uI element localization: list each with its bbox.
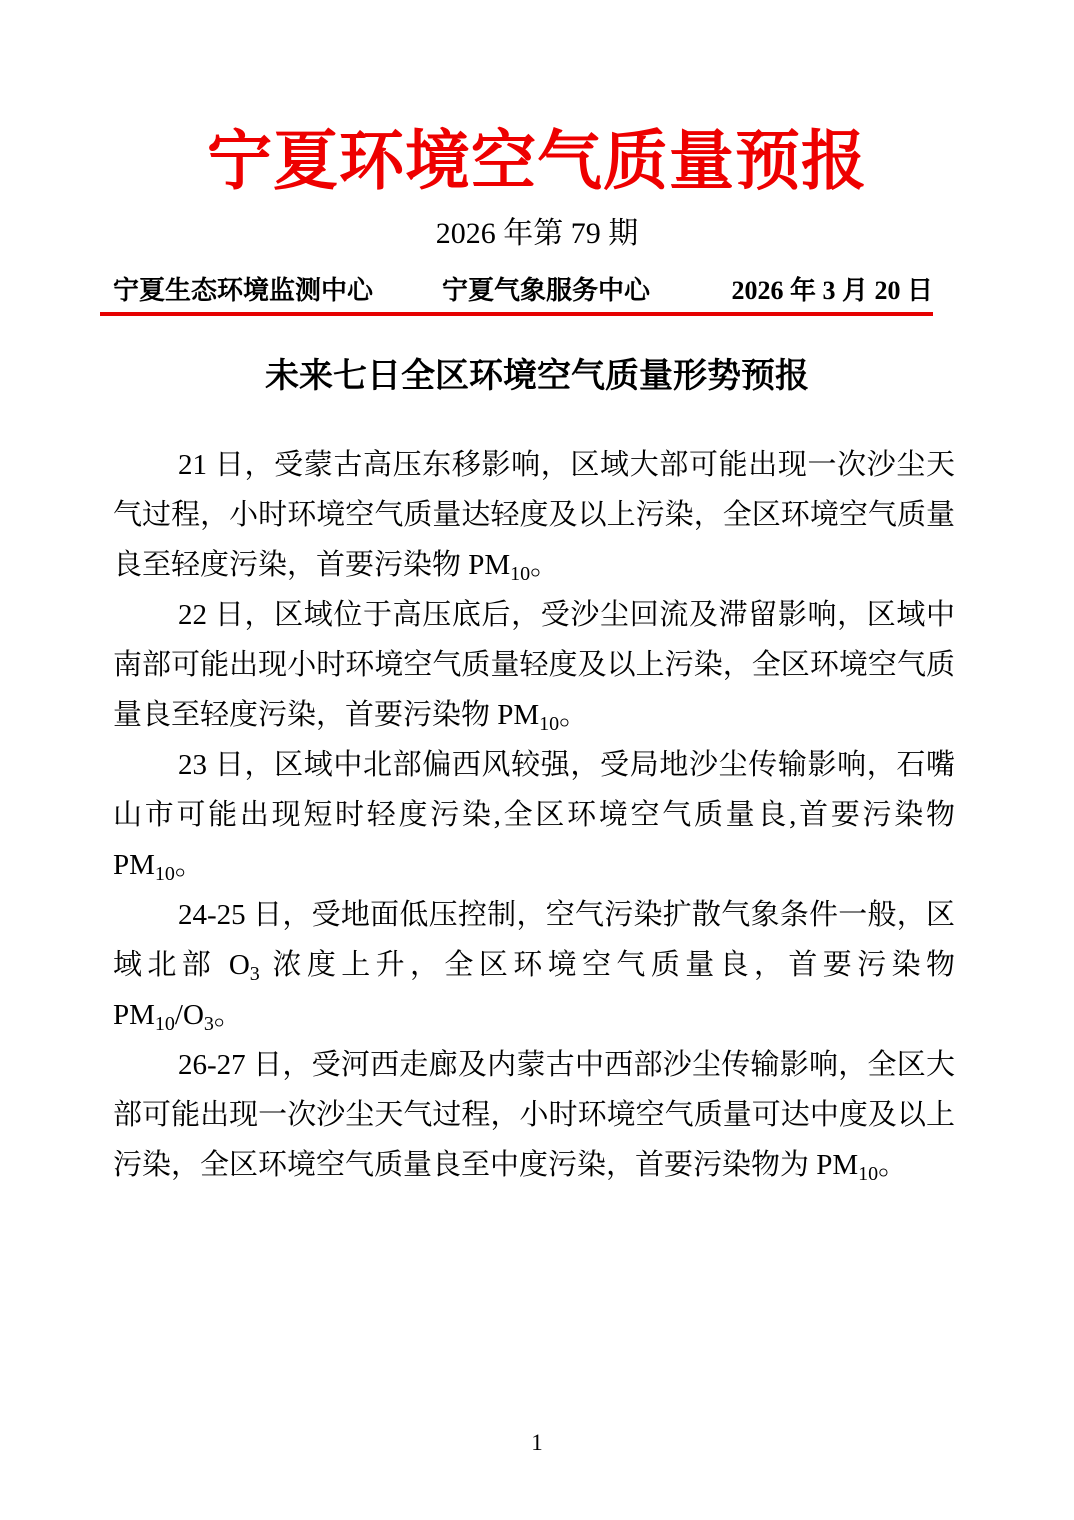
publisher-weather-center: 宁夏气象服务中心 bbox=[442, 274, 650, 308]
subscript: 3 bbox=[250, 963, 260, 985]
paragraph: 26-27 日，受河西走廊及内蒙古中西部沙尘传输影响，全区大部可能出现一次沙尘天… bbox=[113, 1040, 955, 1190]
subscript: 10 bbox=[155, 863, 175, 885]
paragraph: 24-25 日，受地面低压控制，空气污染扩散气象条件一般，区域北部 O3 浓度上… bbox=[113, 890, 955, 1040]
subscript: 3 bbox=[204, 1013, 214, 1035]
paragraph: 23 日，区域中北部偏西风较强，受局地沙尘传输影响，石嘴山市可能出现短时轻度污染… bbox=[113, 740, 955, 890]
red-divider-line bbox=[100, 312, 933, 316]
subscript: 10 bbox=[539, 713, 559, 735]
document-page: 宁夏环境空气质量预报 2026 年第 79 期 宁夏生态环境监测中心 宁夏气象服… bbox=[0, 0, 1074, 1520]
section-heading: 未来七日全区环境空气质量形势预报 bbox=[0, 354, 1074, 398]
publisher-row: 宁夏生态环境监测中心 宁夏气象服务中心 2026 年 3 月 20 日 bbox=[0, 274, 1074, 312]
subscript: 10 bbox=[155, 1013, 175, 1035]
publisher-monitoring-center: 宁夏生态环境监测中心 bbox=[113, 274, 373, 308]
article-body: 21 日，受蒙古高压东移影响，区域大部可能出现一次沙尘天气过程，小时环境空气质量… bbox=[113, 440, 955, 1190]
document-title: 宁夏环境空气质量预报 bbox=[0, 124, 1074, 200]
page-number: 1 bbox=[0, 1428, 1074, 1458]
paragraph: 22 日，区域位于高压底后，受沙尘回流及滞留影响，区域中南部可能出现小时环境空气… bbox=[113, 590, 955, 740]
subscript: 10 bbox=[510, 563, 530, 585]
paragraph: 21 日，受蒙古高压东移影响，区域大部可能出现一次沙尘天气过程，小时环境空气质量… bbox=[113, 440, 955, 590]
issue-number: 2026 年第 79 期 bbox=[0, 216, 1074, 252]
subscript: 10 bbox=[858, 1163, 878, 1185]
publish-date: 2026 年 3 月 20 日 bbox=[731, 274, 933, 308]
